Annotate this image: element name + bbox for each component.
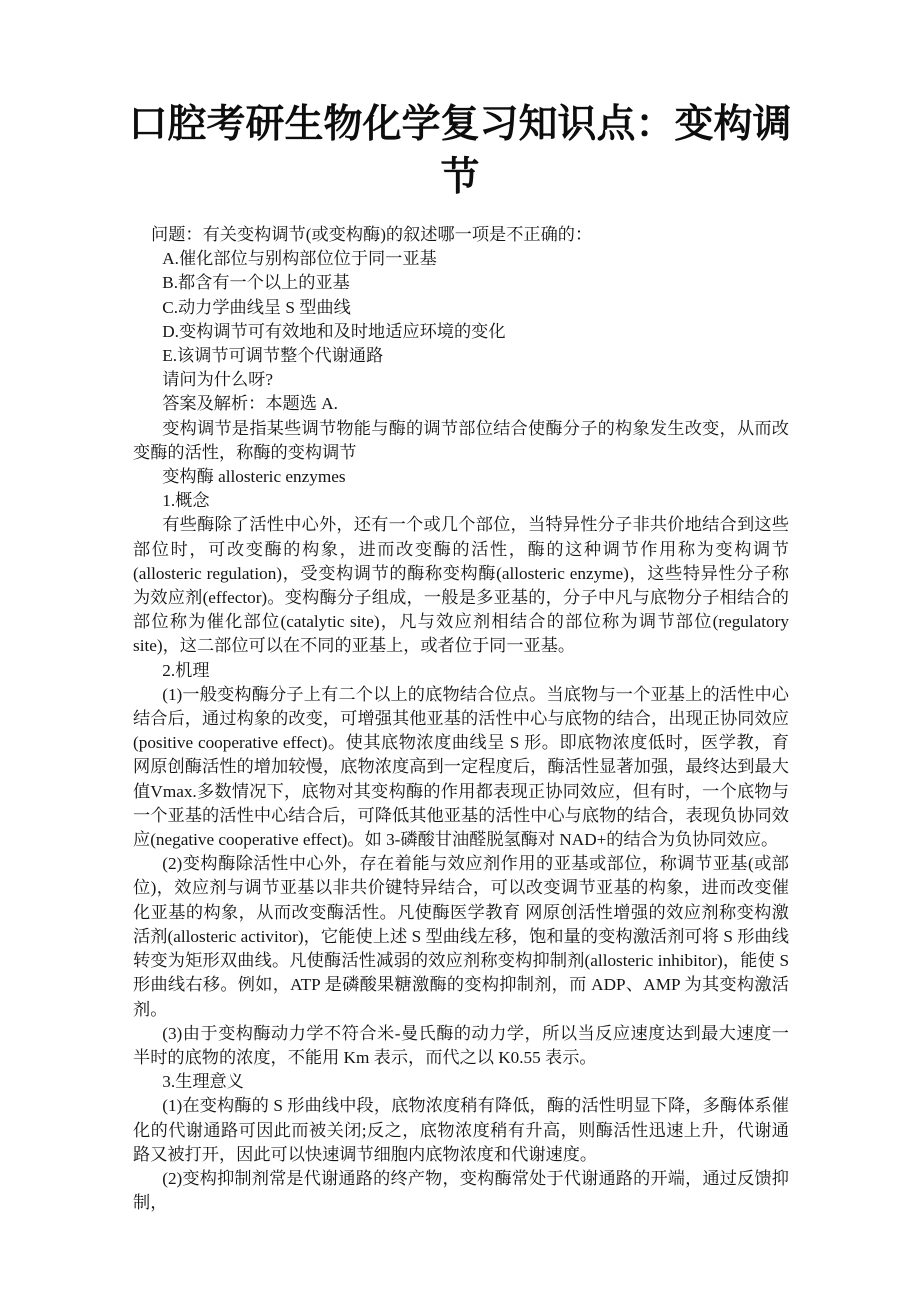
definition-paragraph: 变构调节是指某些调节物能与酶的调节部位结合使酶分子的构象发生改变，从而改变酶的活… [133,417,789,465]
section-2-point-3: (3)由于变构酶动力学不符合米-曼氏酶的动力学，所以当反应速度达到最大速度一半时… [133,1022,789,1070]
option-a: A.催化部位与别构部位位于同一亚基 [133,247,789,271]
option-b: B.都含有一个以上的亚基 [133,271,789,295]
section-2-heading: 2.机理 [133,659,789,683]
section-3-point-1: (1)在变构酶的 S 形曲线中段，底物浓度稍有降低，酶的活性明显下降，多酶体系催… [133,1094,789,1167]
document-page: 口腔考研生物化学复习知识点：变构调节 问题：有关变构调节(或变构酶)的叙述哪一项… [0,0,920,1302]
section-1-paragraph: 有些酶除了活性中心外，还有一个或几个部位，当特异性分子非共价地结合到这些部位时，… [133,513,789,658]
section-1-heading: 1.概念 [133,489,789,513]
section-3-heading: 3.生理意义 [133,1070,789,1094]
document-title: 口腔考研生物化学复习知识点：变构调节 [115,0,805,204]
section-2-point-2: (2)变构酶除活性中心外，存在着能与效应剂作用的亚基或部位，称调节亚基(或部位)… [133,852,789,1021]
option-e: E.该调节可调节整个代谢通路 [133,344,789,368]
option-d: D.变构调节可有效地和及时地适应环境的变化 [133,320,789,344]
question-line: 问题：有关变构调节(或变构酶)的叙述哪一项是不正确的： [133,223,789,247]
section-3-point-2: (2)变构抑制剂常是代谢通路的终产物，变构酶常处于代谢通路的开端，通过反馈抑制， [133,1167,789,1215]
document-body: 问题：有关变构调节(或变构酶)的叙述哪一项是不正确的： A.催化部位与别构部位位… [133,223,789,1215]
question-followup-line: 请问为什么呀? [133,368,789,392]
section-2-point-1: (1)一般变构酶分子上有二个以上的底物结合位点。当底物与一个亚基上的活性中心结合… [133,683,789,852]
option-c: C.动力学曲线呈 S 型曲线 [133,296,789,320]
enzyme-term-line: 变构酶 allosteric enzymes [133,465,789,489]
answer-line: 答案及解析：本题选 A. [133,392,789,416]
